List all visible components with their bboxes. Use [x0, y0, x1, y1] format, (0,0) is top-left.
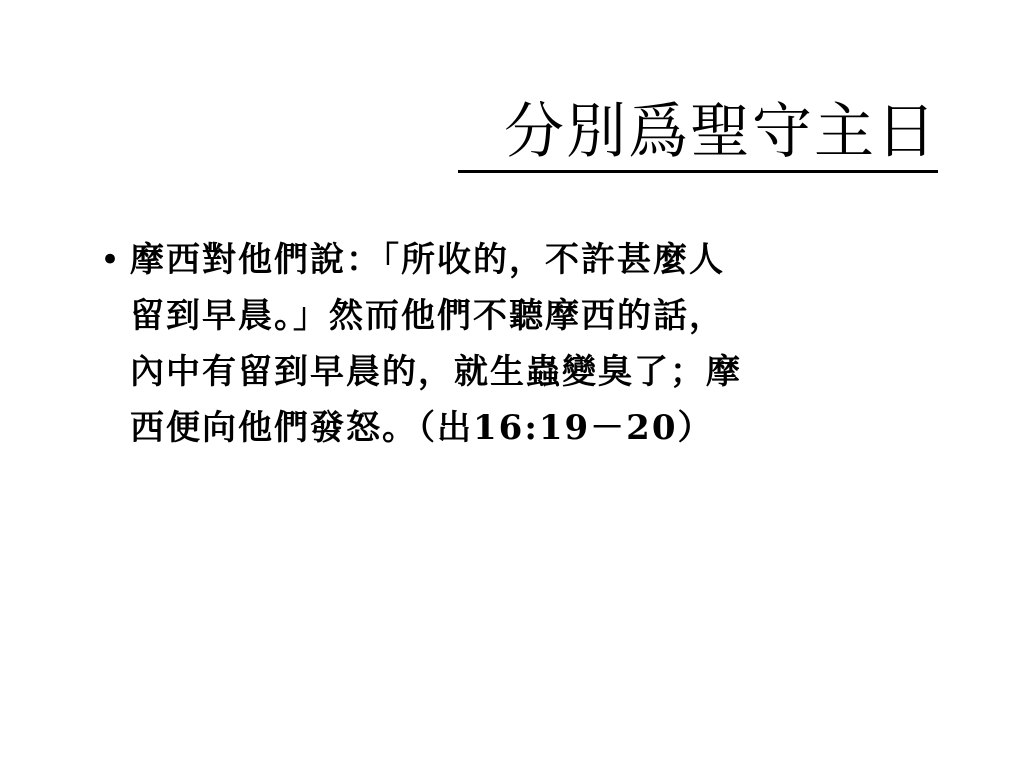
presentation-slide: 分別爲聖守主日 • 摩西對他們說：「所收的，不許甚麼人 留到早晨。」然而他們不聽…: [0, 0, 1024, 768]
title-underline: [458, 170, 938, 173]
bullet-text-line-4: 西便向他們發怒。（出16:19－20）: [130, 400, 714, 456]
bullet-text-line-3: 內中有留到早晨的，就生蟲變臭了；摩: [130, 344, 742, 400]
bullet-icon: •: [100, 232, 120, 288]
title-block: 分別爲聖守主日: [458, 92, 938, 176]
slide-title: 分別爲聖守主日: [504, 96, 938, 168]
bullet-text-line-1: 摩西對他們說：「所收的，不許甚麼人: [130, 232, 725, 288]
bullet-text-line-2: 留到早晨。」然而他們不聽摩西的話，: [130, 288, 725, 344]
